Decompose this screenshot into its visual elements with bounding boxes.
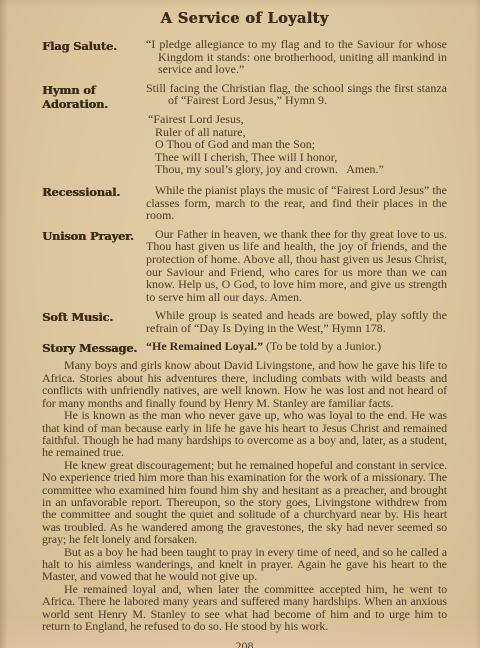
service-label-unison-prayer: Unison Prayer. bbox=[42, 228, 146, 304]
service-item-recessional: Recessional. While the pianist plays the… bbox=[42, 184, 447, 222]
hymn-verse: “Fairest Lord Jesus, Ruler of all nature… bbox=[148, 113, 447, 176]
service-item-story-message: Story Message. “He Remained Loyal.” (To … bbox=[42, 340, 447, 355]
service-label-soft-music: Soft Music. bbox=[42, 309, 146, 334]
story-paragraph: Many boys and girls know about David Liv… bbox=[42, 359, 447, 409]
service-item-unison-prayer: Unison Prayer. Our Father in heaven, we … bbox=[42, 228, 447, 304]
service-item-hymn-of-adoration: Hymn of Adoration. Still facing the Chri… bbox=[42, 82, 447, 178]
hymn-verse-line: O Thou of God and man the Son; bbox=[148, 138, 447, 151]
service-text-unison-prayer: Our Father in heaven, we thank thee for … bbox=[146, 228, 447, 304]
hymn-instruction: Still facing the Christian flag, the sch… bbox=[146, 82, 447, 107]
story-paragraph: He remained loyal and, when later the co… bbox=[42, 583, 447, 633]
hymn-verse-line: “Fairest Lord Jesus, bbox=[148, 113, 447, 126]
service-text-recessional: While the pianist plays the music of “Fa… bbox=[146, 184, 447, 222]
story-paragraph: But as a boy he had been taught to pray … bbox=[42, 546, 447, 583]
page-title: A Service of Loyalty bbox=[42, 10, 447, 27]
service-text-soft-music: While group is seated and heads are bowe… bbox=[146, 309, 447, 334]
story-note: (To be told by a Junior.) bbox=[263, 339, 381, 353]
story-body: Many boys and girls know about David Liv… bbox=[42, 359, 447, 632]
service-text-story-message: “He Remained Loyal.” (To be told by a Ju… bbox=[146, 340, 447, 355]
service-label-story-message: Story Message. bbox=[42, 340, 146, 355]
page-number: 208 bbox=[42, 639, 447, 648]
service-item-soft-music: Soft Music. While group is seated and he… bbox=[42, 309, 447, 334]
story-paragraph: He knew great discouragement; but he rem… bbox=[42, 459, 447, 546]
service-item-flag-salute: Flag Salute. “I pledge allegiance to my … bbox=[42, 38, 447, 76]
scanned-book-page: A Service of Loyalty Flag Salute. “I ple… bbox=[0, 0, 480, 648]
story-paragraph: He is known as the man who never gave up… bbox=[42, 409, 447, 459]
service-text-flag-salute: “I pledge allegiance to my flag and to t… bbox=[146, 38, 447, 76]
hymn-verse-line: Thou, my soul’s glory, joy and crown. Am… bbox=[148, 163, 447, 176]
service-label-flag-salute: Flag Salute. bbox=[42, 38, 146, 76]
story-title: “He Remained Loyal.” bbox=[146, 339, 263, 353]
service-text-hymn-of-adoration: Still facing the Christian flag, the sch… bbox=[146, 82, 447, 178]
service-label-hymn-of-adoration: Hymn of Adoration. bbox=[42, 82, 146, 178]
page-content: A Service of Loyalty Flag Salute. “I ple… bbox=[0, 0, 480, 648]
service-label-recessional: Recessional. bbox=[42, 184, 146, 222]
